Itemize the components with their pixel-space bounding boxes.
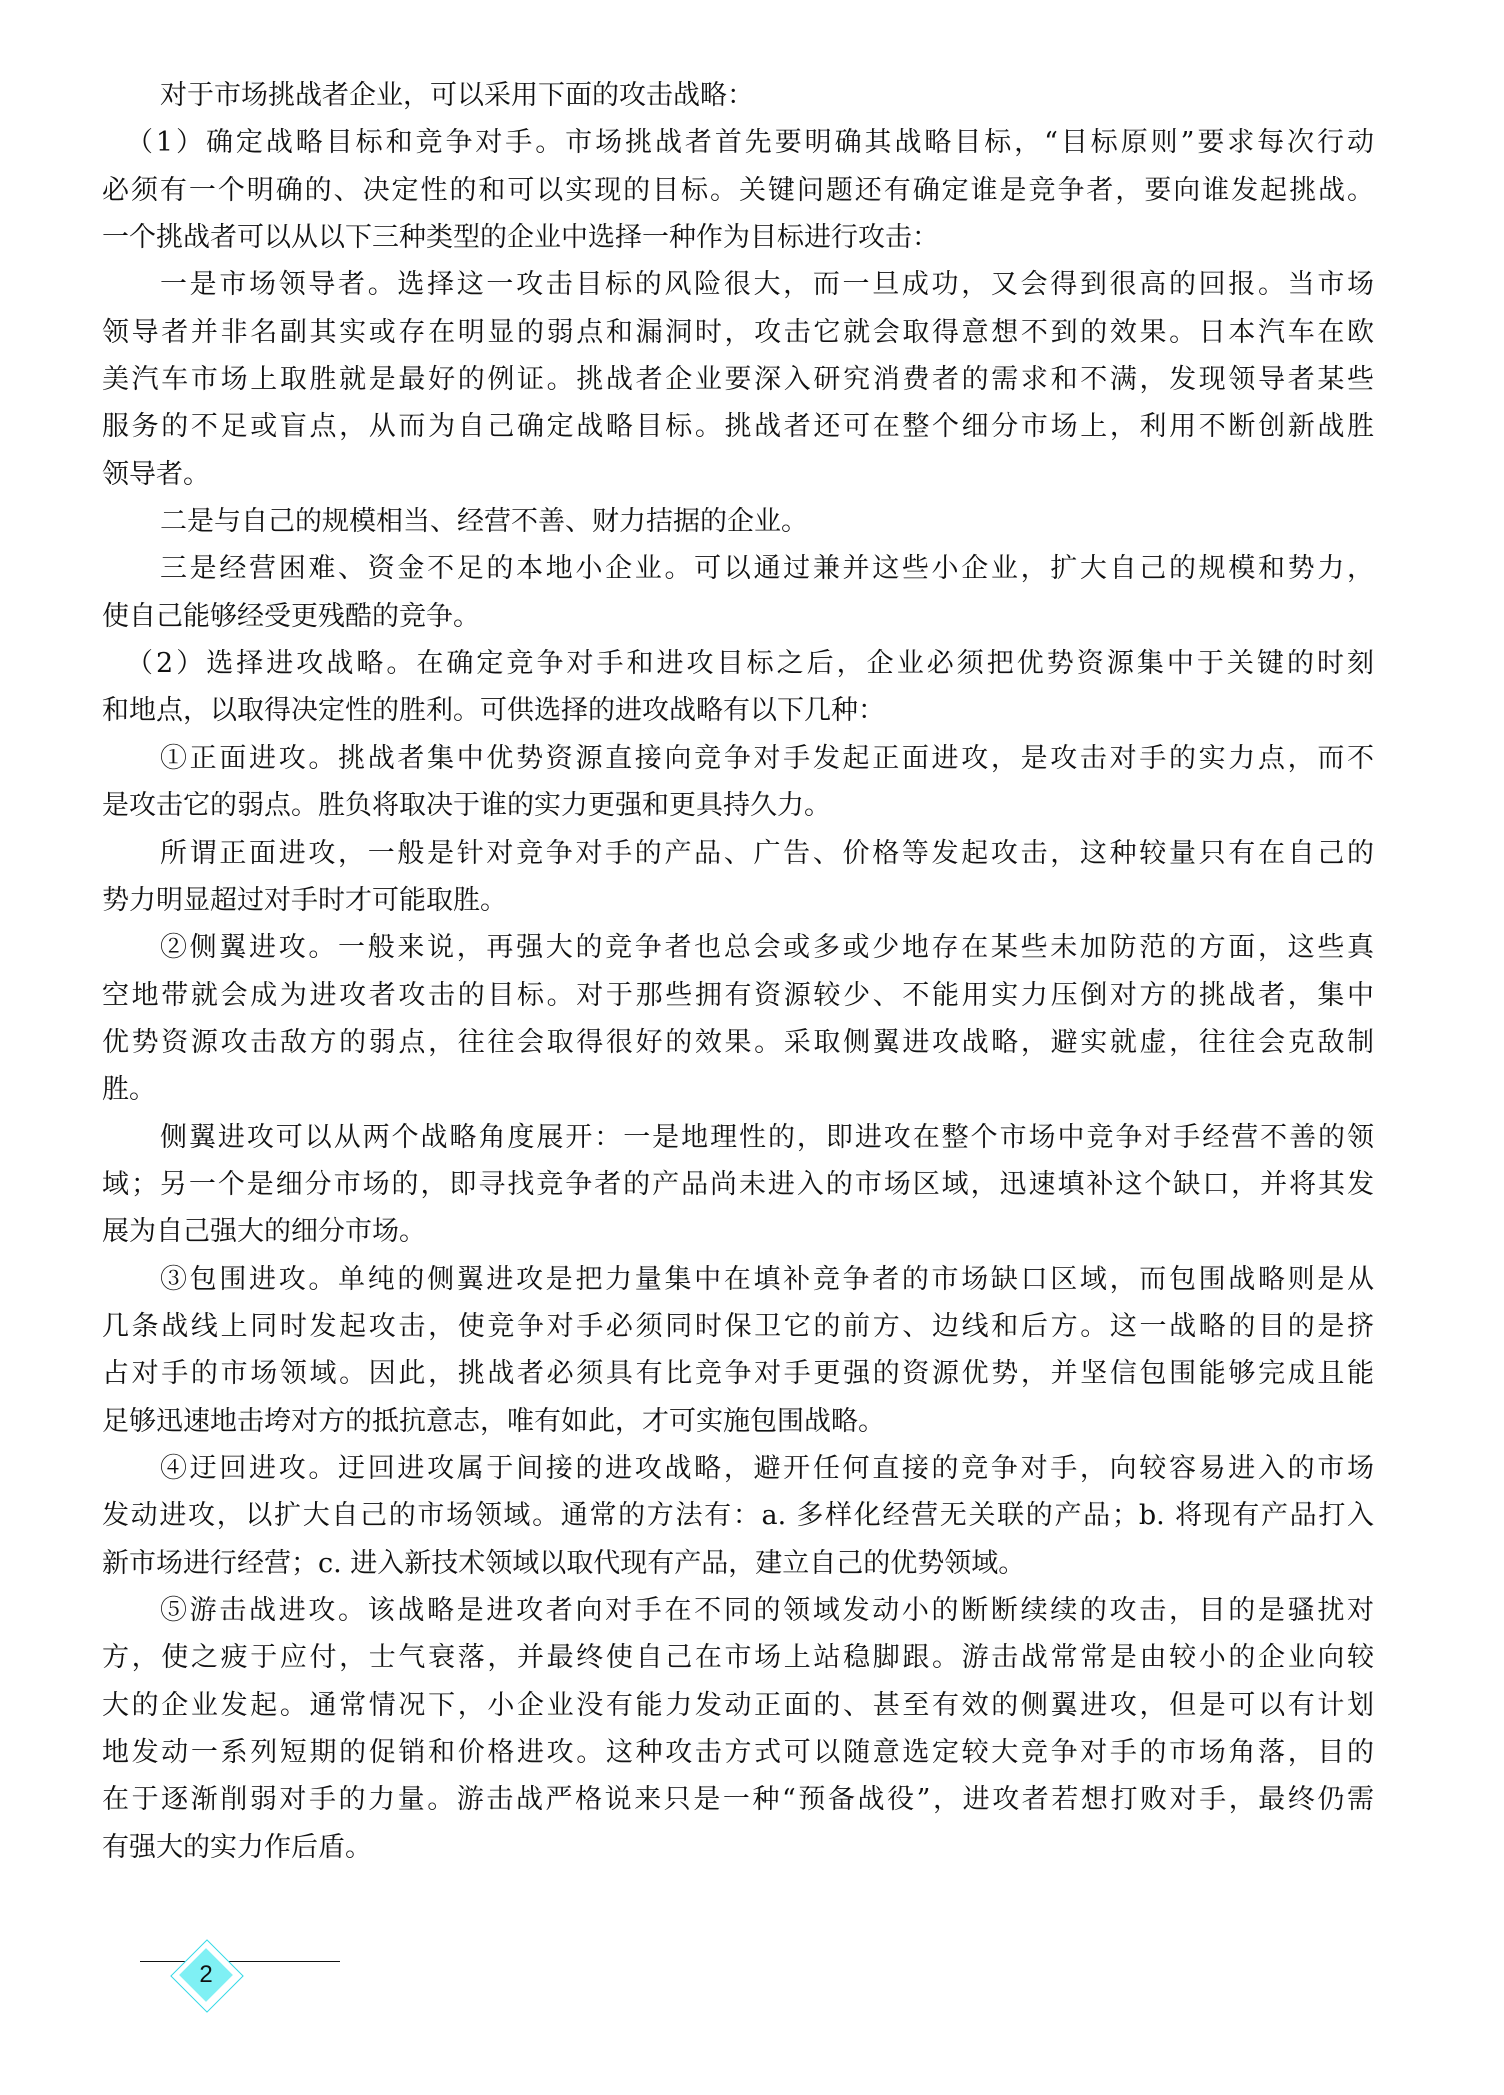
text-line: 地发动一系列短期的促销和价格进攻。这种攻击方式可以随意选定较大竞争对手的市场角落…: [102, 1729, 1374, 1776]
text-line: 胜。: [102, 1066, 1374, 1113]
text-line: ①正面进攻。挑战者集中优势资源直接向竞争对手发起正面进攻，是攻击对手的实力点，而…: [102, 735, 1374, 782]
text-line: 展为自己强大的细分市场。: [102, 1208, 1374, 1255]
text-line: 足够迅速地击垮对方的抵抗意志，唯有如此，才可实施包围战略。: [102, 1398, 1374, 1445]
text-line: 领导者。: [102, 451, 1374, 498]
text-line: 占对手的市场领域。因此，挑战者必须具有比竞争对手更强的资源优势，并坚信包围能够完…: [102, 1350, 1374, 1397]
text-line: ④迂回进攻。迂回进攻属于间接的进攻战略，避开任何直接的竞争对手，向较容易进入的市…: [102, 1445, 1374, 1492]
text-line: 领导者并非名副其实或存在明显的弱点和漏洞时，攻击它就会取得意想不到的效果。日本汽…: [102, 309, 1374, 356]
text-line: 必须有一个明确的、决定性的和可以实现的目标。关键问题还有确定谁是竞争者，要向谁发…: [102, 167, 1374, 214]
text-line: （2）选择进攻战略。在确定竞争对手和进攻目标之后，企业必须把优势资源集中于关键的…: [102, 640, 1374, 687]
text-line: 所谓正面进攻，一般是针对竞争对手的产品、广告、价格等发起攻击，这种较量只有在自己…: [102, 830, 1374, 877]
text-line: 域；另一个是细分市场的，即寻找竞争者的产品尚未进入的市场区域，迅速填补这个缺口，…: [102, 1161, 1374, 1208]
text-line: 对于市场挑战者企业，可以采用下面的攻击战略：: [102, 72, 1374, 119]
text-line: 二是与自己的规模相当、经营不善、财力拮据的企业。: [102, 498, 1374, 545]
text-line: 新市场进行经营；c. 进入新技术领域以取代现有产品，建立自己的优势领域。: [102, 1540, 1374, 1587]
text-line: 侧翼进攻可以从两个战略角度展开：一是地理性的，即进攻在整个市场中竞争对手经营不善…: [102, 1114, 1374, 1161]
text-line: 优势资源攻击敌方的弱点，往往会取得很好的效果。采取侧翼进攻战略，避实就虚，往往会…: [102, 1019, 1374, 1066]
text-line: 方，使之疲于应付，士气衰落，并最终使自己在市场上站稳脚跟。游击战常常是由较小的企…: [102, 1634, 1374, 1681]
text-line: 是攻击它的弱点。胜负将取决于谁的实力更强和更具持久力。: [102, 782, 1374, 829]
page-number-badge: 2: [177, 1946, 235, 2004]
text-line: 一是市场领导者。选择这一攻击目标的风险很大，而一旦成功，又会得到很高的回报。当市…: [102, 261, 1374, 308]
text-line: ②侧翼进攻。一般来说，再强大的竞争者也总会或多或少地存在某些未加防范的方面，这些…: [102, 924, 1374, 971]
document-page: 对于市场挑战者企业，可以采用下面的攻击战略：（1）确定战略目标和竞争对手。市场挑…: [0, 0, 1504, 2095]
text-line: 大的企业发起。通常情况下，小企业没有能力发动正面的、甚至有效的侧翼进攻，但是可以…: [102, 1682, 1374, 1729]
text-line: 一个挑战者可以从以下三种类型的企业中选择一种作为目标进行攻击：: [102, 214, 1374, 261]
text-line: 和地点，以取得决定性的胜利。可供选择的进攻战略有以下几种：: [102, 687, 1374, 734]
text-line: 三是经营困难、资金不足的本地小企业。可以通过兼并这些小企业，扩大自己的规模和势力…: [102, 545, 1374, 592]
text-line: 有强大的实力作后盾。: [102, 1824, 1374, 1871]
text-line: ③包围进攻。单纯的侧翼进攻是把力量集中在填补竞争者的市场缺口区域，而包围战略则是…: [102, 1256, 1374, 1303]
text-line: （1）确定战略目标和竞争对手。市场挑战者首先要明确其战略目标，“目标原则”要求每…: [102, 119, 1374, 166]
text-line: 几条战线上同时发起攻击，使竞争对手必须同时保卫它的前方、边线和后方。这一战略的目…: [102, 1303, 1374, 1350]
page-number: 2: [177, 1946, 235, 2004]
text-line: 势力明显超过对手时才可能取胜。: [102, 877, 1374, 924]
text-line: 在于逐渐削弱对手的力量。游击战严格说来只是一种“预备战役”，进攻者若想打败对手，…: [102, 1776, 1374, 1823]
footer-rule: [140, 1961, 340, 1962]
text-line: 服务的不足或盲点，从而为自己确定战略目标。挑战者还可在整个细分市场上，利用不断创…: [102, 403, 1374, 450]
body-text: 对于市场挑战者企业，可以采用下面的攻击战略：（1）确定战略目标和竞争对手。市场挑…: [102, 72, 1374, 1871]
text-line: 空地带就会成为进攻者攻击的目标。对于那些拥有资源较少、不能用实力压倒对方的挑战者…: [102, 972, 1374, 1019]
text-line: ⑤游击战进攻。该战略是进攻者向对手在不同的领域发动小的断断续续的攻击，目的是骚扰…: [102, 1587, 1374, 1634]
text-line: 发动进攻，以扩大自己的市场领域。通常的方法有：a. 多样化经营无关联的产品；b.…: [102, 1492, 1374, 1539]
text-line: 使自己能够经受更残酷的竞争。: [102, 593, 1374, 640]
text-line: 美汽车市场上取胜就是最好的例证。挑战者企业要深入研究消费者的需求和不满，发现领导…: [102, 356, 1374, 403]
